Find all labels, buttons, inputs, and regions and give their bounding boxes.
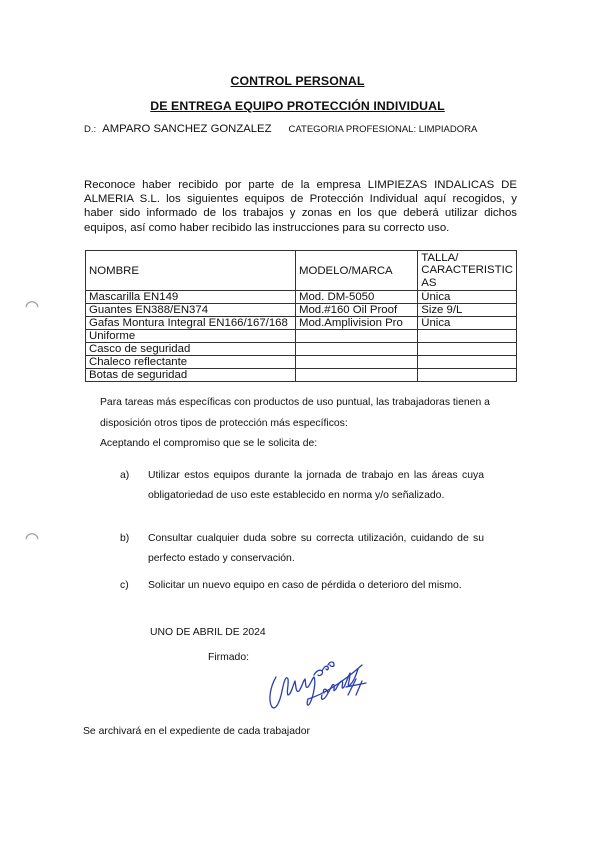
commitment-label: b): [120, 529, 129, 549]
note-paragraph: Para tareas más específicas con producto…: [100, 392, 520, 434]
document-subtitle: DE ENTREGA EQUIPO PROTECCIÓN INDIVIDUAL: [0, 99, 595, 113]
epi-table: NOMBRE MODELO/MARCA TALLA/ CARACTERISTIC…: [85, 250, 517, 382]
intro-paragraph: Reconoce haber recibido por parte de la …: [84, 178, 517, 235]
cell-modelo: [295, 369, 417, 382]
punch-hole-mark-icon: [25, 530, 39, 540]
footer-note: Se archivará en el expediente de cada tr…: [83, 726, 310, 737]
header-modelo: MODELO/MARCA: [295, 251, 417, 291]
cell-modelo: [295, 330, 417, 343]
table-row: Mascarilla EN149Mod. DM-5050Única: [86, 291, 517, 304]
table-row: Guantes EN388/EN374Mod.#160 Oil ProofSiz…: [86, 304, 517, 317]
table-header-row: NOMBRE MODELO/MARCA TALLA/ CARACTERISTIC…: [86, 251, 517, 291]
employee-line: D.: AMPARO SANCHEZ GONZALEZ CATEGORIA PR…: [84, 123, 477, 135]
commitment-label: a): [120, 466, 129, 486]
document-title: CONTROL PERSONAL: [0, 74, 595, 88]
accept-statement: Aceptando el compromiso que se le solici…: [100, 438, 317, 449]
cell-nombre: Mascarilla EN149: [86, 291, 296, 304]
cell-modelo: Mod. DM-5050: [295, 291, 417, 304]
cell-nombre: Gafas Montura Integral EN166/167/168: [86, 317, 296, 330]
header-talla: TALLA/ CARACTERISTIC AS: [418, 251, 517, 291]
signed-label: Firmado:: [208, 652, 249, 663]
punch-hole-mark-icon: [25, 298, 39, 308]
cell-nombre: Guantes EN388/EN374: [86, 304, 296, 317]
table-row: Botas de seguridad: [86, 369, 517, 382]
table-row: Uniforme: [86, 330, 517, 343]
cell-talla: Size 9/L: [418, 304, 517, 317]
commitment-label: c): [120, 576, 129, 596]
cell-modelo: Mod.#160 Oil Proof: [295, 304, 417, 317]
cell-talla: Única: [418, 291, 517, 304]
cell-talla: [418, 343, 517, 356]
d-label: D.:: [84, 124, 96, 135]
table-row: Chaleco reflectante: [86, 356, 517, 369]
cell-talla: [418, 330, 517, 343]
handwritten-signature-icon: [262, 635, 372, 715]
cell-nombre: Chaleco reflectante: [86, 356, 296, 369]
commitment-text: Consultar cualquier duda sobre su correc…: [148, 529, 484, 569]
cell-modelo: [295, 343, 417, 356]
cell-nombre: Uniforme: [86, 330, 296, 343]
table-row: Gafas Montura Integral EN166/167/168Mod.…: [86, 317, 517, 330]
employee-category: CATEGORIA PROFESIONAL: LIMPIADORA: [289, 124, 478, 135]
cell-talla: [418, 369, 517, 382]
cell-modelo: [295, 356, 417, 369]
table-row: Casco de seguridad: [86, 343, 517, 356]
cell-nombre: Botas de seguridad: [86, 369, 296, 382]
signature-date: UNO DE ABRIL DE 2024: [150, 627, 266, 638]
cell-talla: [418, 356, 517, 369]
employee-name: AMPARO SANCHEZ GONZALEZ: [102, 123, 271, 135]
cell-nombre: Casco de seguridad: [86, 343, 296, 356]
commitment-text: Solicitar un nuevo equipo en caso de pér…: [148, 576, 484, 596]
cell-talla: Única: [418, 317, 517, 330]
commitment-text: Utilizar estos equipos durante la jornad…: [148, 466, 484, 506]
cell-modelo: Mod.Amplivision Pro: [295, 317, 417, 330]
header-nombre: NOMBRE: [86, 251, 296, 291]
